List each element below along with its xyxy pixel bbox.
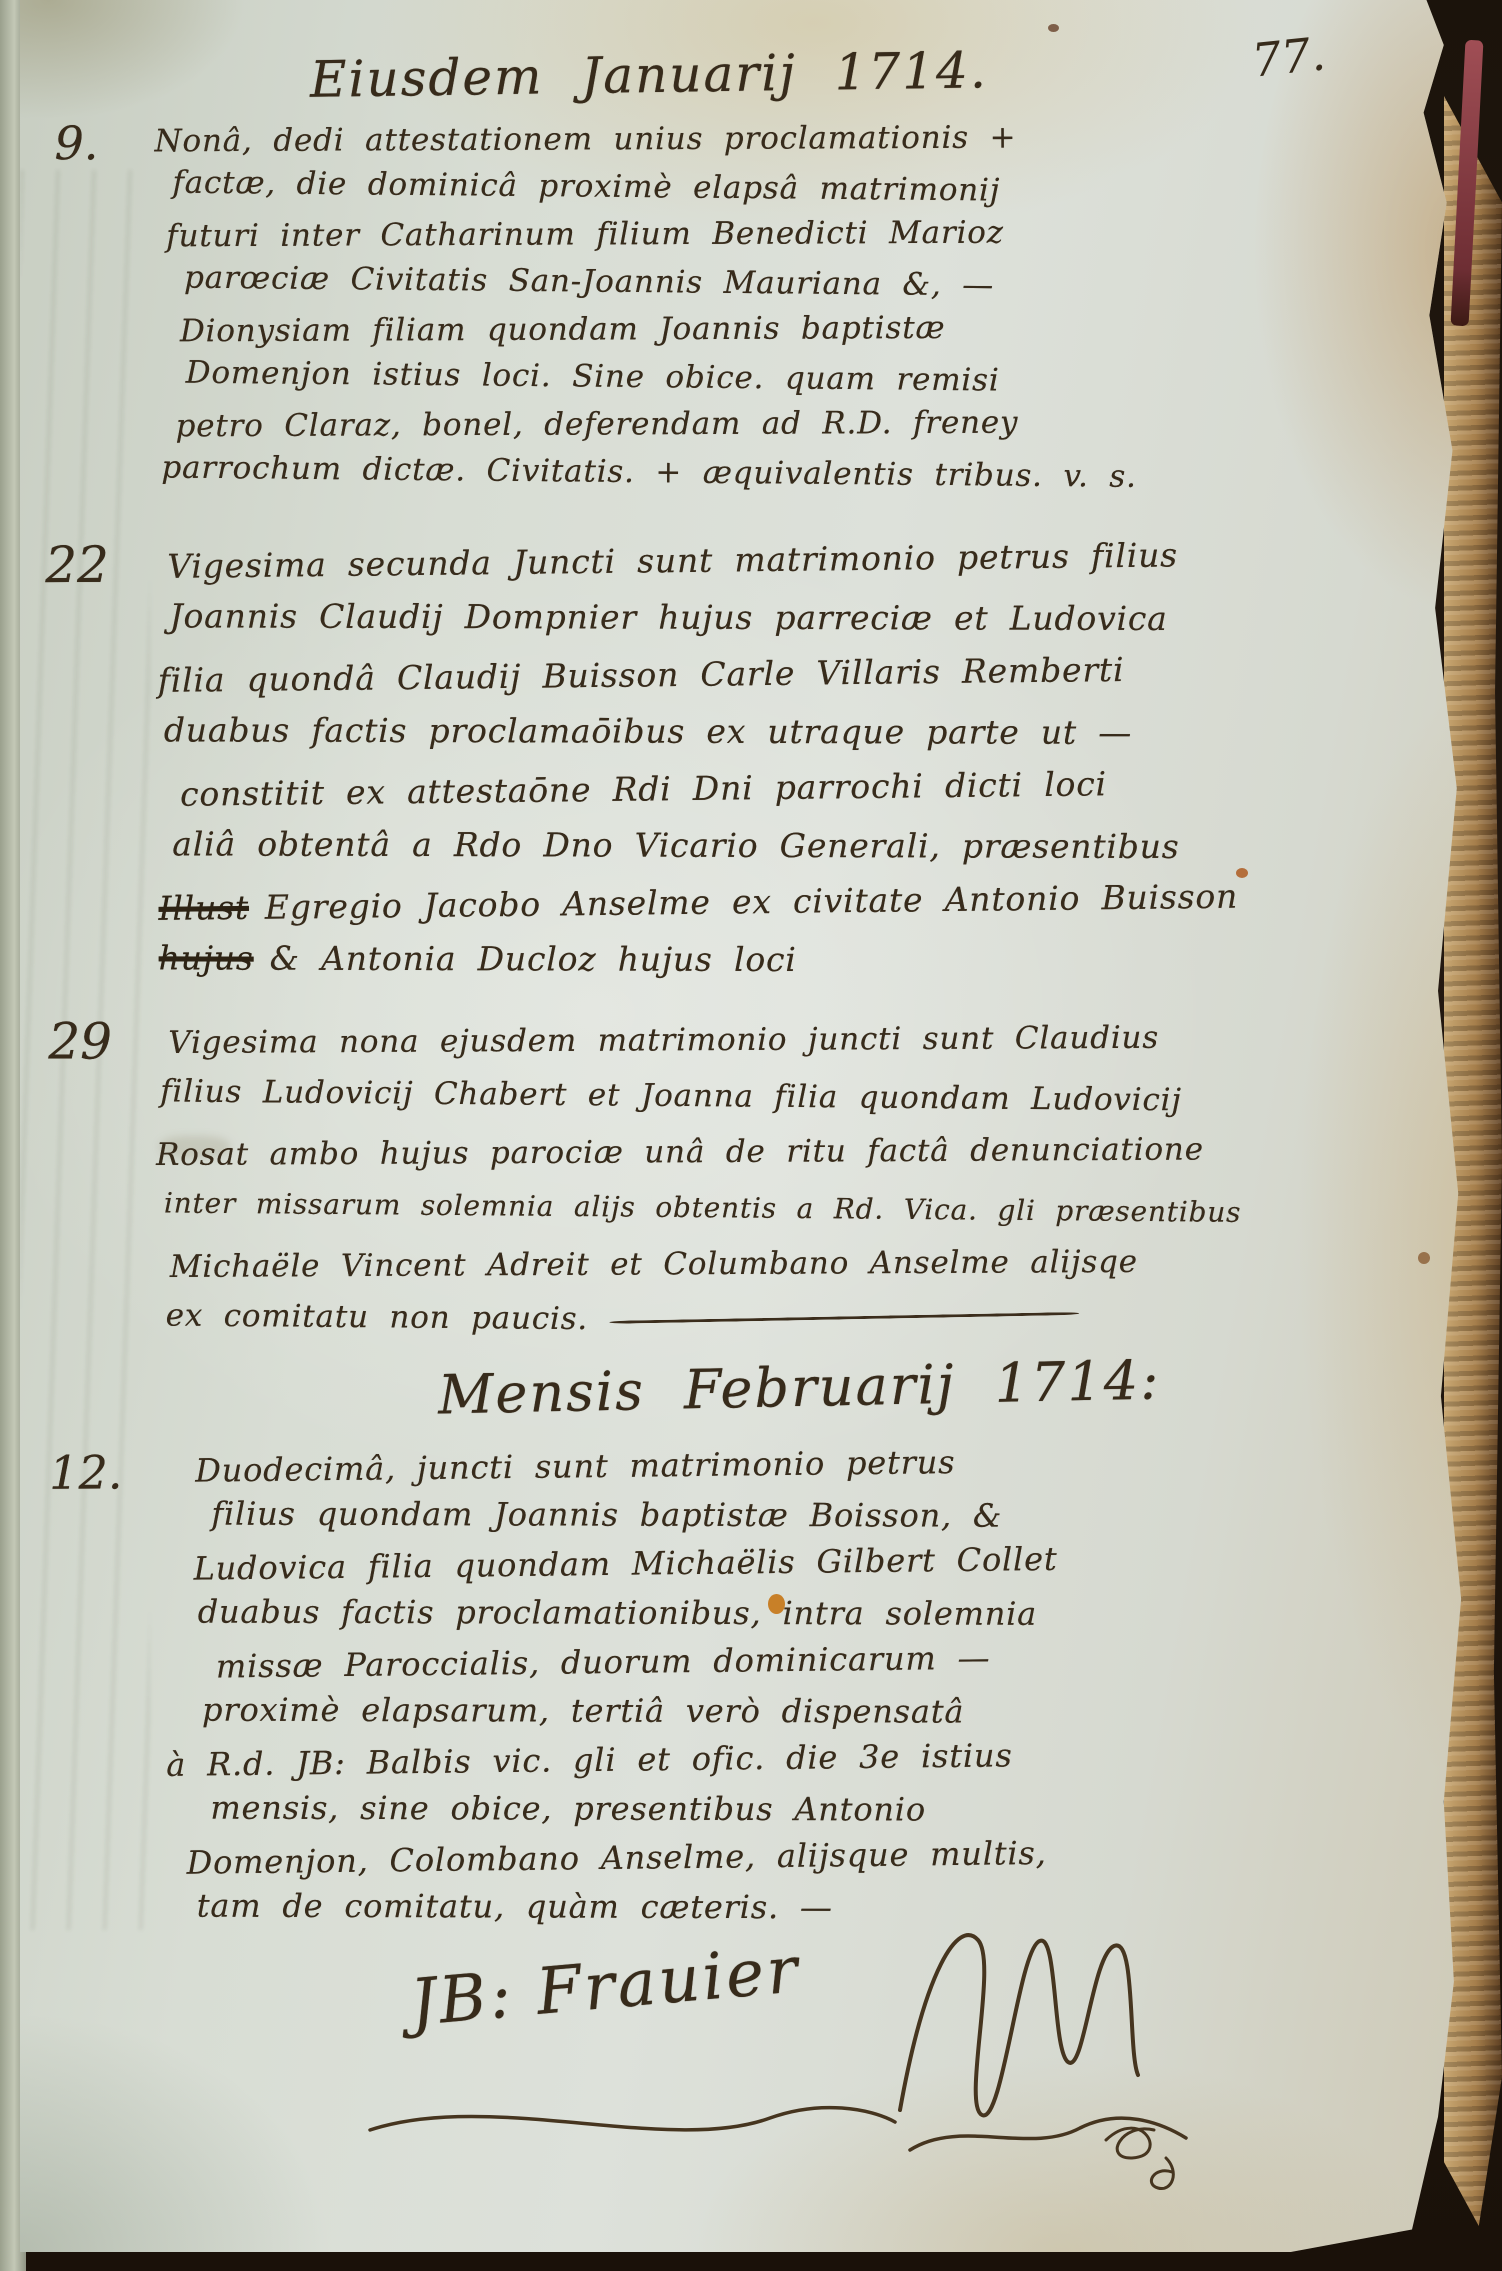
register-entry-29: 29 Vigesima nona ejusdem matrimonio junc… (48, 1010, 1242, 1349)
entry-line: factæ, die dominicâ proximè elapsâ matri… (172, 159, 1138, 216)
priest-signature: JB: Frauier (408, 1933, 804, 2041)
entry-line: constitit ex attestaōne Rdi Dni parrochi… (180, 754, 1238, 823)
entry-line: duabus factis proclamationibus, intra so… (198, 1588, 1058, 1639)
entry-line: mensis, sine obice, presentibus Antonio (210, 1784, 1058, 1835)
entry-line: proximè elapsarum, tertiâ verò dispensat… (202, 1686, 1058, 1737)
entry-line: parrochum dictæ. Civitatis. + æquivalent… (161, 444, 1137, 501)
entry-line: Ludovica filia quondam Michaëlis Gilbert… (193, 1535, 1057, 1594)
entry-line: Joannis Claudij Dompnier hujus parreciæ … (169, 587, 1237, 647)
signature-monogram-flourish (870, 1900, 1210, 2200)
struck-word: hujus (159, 929, 254, 986)
register-entry-12: 12. Duodecimâ, juncti sunt matrimonio pe… (49, 1440, 1059, 1934)
entry-number: 22 (45, 536, 109, 594)
entry-line: filius quondam Joannis baptistæ Boisson,… (211, 1490, 1057, 1541)
folio-number: 77. (1249, 26, 1327, 87)
entry-number: 9. (54, 116, 98, 170)
register-entry-9: 9. Nonâ, dedi attestationem unius procla… (53, 114, 1138, 498)
section-heading-january: Eiusdem Januarij 1714. (310, 41, 988, 108)
struck-word: Illust (158, 879, 249, 937)
entry-number: 12. (49, 1446, 122, 1500)
signature-underline-flourish (350, 2070, 910, 2170)
manuscript-page: 77. Eiusdem Januarij 1714. 9. Nonâ, dedi… (20, 0, 1464, 2252)
entry-line: Vigesima secunda Juncti sunt matrimonio … (167, 526, 1237, 595)
entry-line: inter missarum solemnia alijs obtentis a… (164, 1175, 1242, 1240)
entry-line: Domenjon, Colombano Anselme, alijsque mu… (186, 1829, 1058, 1888)
entry-line: petro Claraz, bonel, deferendam ad R.D. … (175, 399, 1137, 451)
entry-line: Duodecimâ, juncti sunt matrimonio petrus (195, 1437, 1057, 1496)
manuscript-scan: { "document": { "folio_number": "77.", "… (0, 0, 1502, 2271)
entry-line: à R.d. JB: Balbis vic. gli et ofic. die … (166, 1731, 1058, 1790)
entry-number: 29 (48, 1012, 112, 1070)
entry-line: Rosat ambo hujus parociæ unâ de ritu fac… (156, 1121, 1242, 1183)
entry-line: aliâ obtentâ a Rdo Dno Vicario Generali,… (172, 815, 1238, 875)
entry-line: parœciæ Civitatis San-Joannis Mauriana &… (184, 254, 1138, 311)
entry-line: duabus factis proclamaōibus ex utraque p… (164, 701, 1238, 761)
entry-line: missæ Paroccialis, duorum dominicarum — (216, 1633, 1058, 1692)
register-entry-22: 22 Vigesima secunda Juncti sunt matrimon… (45, 530, 1238, 990)
entry-line-with-strike: hujus& Antonia Ducloz hujus loci (159, 929, 1239, 989)
section-heading-february: Mensis Februarij 1714: (437, 1348, 1160, 1426)
entry-line: Nonâ, dedi attestationem unius proclamat… (154, 114, 1138, 166)
entry-line: Vigesima nona ejusdem matrimonio juncti … (168, 1009, 1242, 1071)
signature-text: JB: Frauier (408, 1933, 804, 2041)
brown-speck (1418, 1252, 1430, 1264)
entry-line: Michaële Vincent Adreit et Columbano Ans… (170, 1233, 1242, 1295)
entry-line: futuri inter Catharinum filium Benedicti… (166, 209, 1138, 261)
entry-line: ex comitatu non paucis. (165, 1287, 1241, 1352)
entry-line-with-strike: IllustEgregio Jacobo Anselme ex civitate… (158, 868, 1238, 937)
flourish-rule (610, 1312, 1080, 1324)
entry-line: filia quondâ Claudij Buisson Carle Villa… (157, 640, 1237, 709)
ink-speck (1048, 24, 1059, 32)
entry-line: filius Ludovicij Chabert et Joanna filia… (160, 1063, 1242, 1128)
entry-line: Dionysiam filiam quondam Joannis baptist… (180, 304, 1138, 356)
entry-line: Domenjon istius loci. Sine obice. quam r… (186, 349, 1138, 406)
